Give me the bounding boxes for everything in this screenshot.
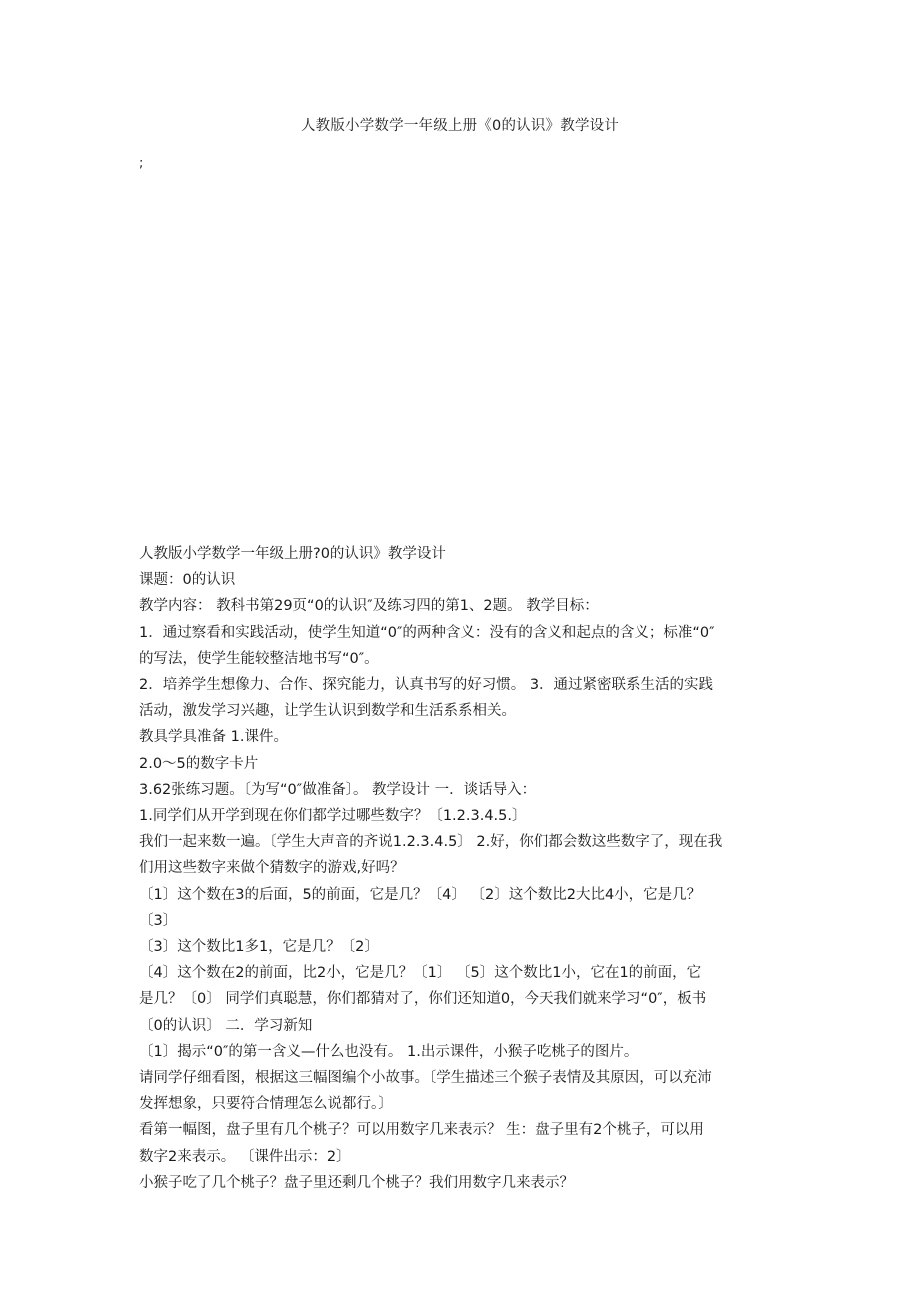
monkey-question-line: 小猴子吃了几个桃子？盘子里还剩几个桃子？我们用数字几来表示？ — [139, 1170, 799, 1196]
guess-line-1: 〔1〕这个数在3的后面，5的前面，它是几？〔4〕 〔2〕这个数比2大比4小，它是… — [139, 882, 799, 908]
document-header-title: 人教版小学数学一年级上册《0的认识》教学设计 — [0, 116, 920, 136]
guess-line-3: 〔3〕这个数比1多1，它是几？〔2〕 — [139, 934, 799, 960]
guess-line-4: 〔4〕这个数在2的前面，比2小，它是几？〔1〕 〔5〕这个数比1小，它在1的前面… — [139, 960, 799, 986]
guess-line-5: 是几？〔0〕 同学们真聪慧，你们都猜对了，你们还知道0，今天我们就来学习“0″，… — [139, 986, 799, 1012]
objective-3-line-2: 活动，激发学习兴趣，让学生认识到数学和生活系系相关。 — [139, 698, 799, 724]
body-title-line: 人教版小学数学一年级上册?0的认识》教学设计 — [139, 541, 799, 567]
guess-line-2: 〔3〕 — [139, 908, 799, 934]
lesson-topic-line: 课题：0的认识 — [139, 567, 799, 593]
intro-question-1: 1.同学们从开学到现在你们都学过哪些数字？〔1.2.3.4.5.〕 — [139, 803, 799, 829]
intro-count-line-1: 我们一起来数一遍。〔学生大声音的齐说1.2.3.4.5〕 2.好，你们都会数这些… — [139, 829, 799, 855]
story-line-1: 请同学仔细看图，根据这三幅图编个小故事。〔学生描述三个猴子表情及其原因，可以充沛 — [139, 1065, 799, 1091]
objective-1-line-2: 的写法，使学生能较整洁地书写“0″。 — [139, 646, 799, 672]
materials-line-1: 教具学具准备 1.课件。 — [139, 724, 799, 750]
materials-line-3: 3.62张练习题。〔为写“0″做准备〕。 教学设计 一．谈话导入： — [139, 777, 799, 803]
materials-line-2: 2.0～5的数字卡片 — [139, 751, 799, 777]
stray-semicolon: ; — [139, 156, 143, 172]
first-picture-line-1: 看第一幅图，盘子里有几个桃子？可以用数字几来表示？ 生：盘子里有2个桃子，可以用 — [139, 1117, 799, 1143]
document-body: 人教版小学数学一年级上册?0的认识》教学设计 课题：0的认识 教学内容： 教科书… — [139, 541, 799, 1196]
objective-1-line-1: 1．通过察看和实践活动，使学生知道“0″的两种含义：没有的含义和起点的含义；标准… — [139, 620, 799, 646]
first-picture-line-2: 数字2来表示。 〔课件出示：2〕 — [139, 1144, 799, 1170]
objective-2-3-line-1: 2．培养学生想像力、合作、探究能力，认真书写的好习惯。 3．通过紧密联系生活的实… — [139, 672, 799, 698]
story-line-2: 发挥想象，只要符合情理怎么说都行。〕 — [139, 1091, 799, 1117]
new-knowledge-heading: 〔0的认识〕 二．学习新知 — [139, 1013, 799, 1039]
teaching-content-line: 教学内容： 教科书第29页“0的认识″及练习四的第1、2题。 教学目标： — [139, 593, 799, 619]
intro-count-line-2: 们用这些数字来做个猜数字的游戏,好吗？ — [139, 855, 799, 881]
meaning-1-line: 〔1〕揭示“0″的第一含义—什么也没有。 1.出示课件，小猴子吃桃子的图片。 — [139, 1039, 799, 1065]
